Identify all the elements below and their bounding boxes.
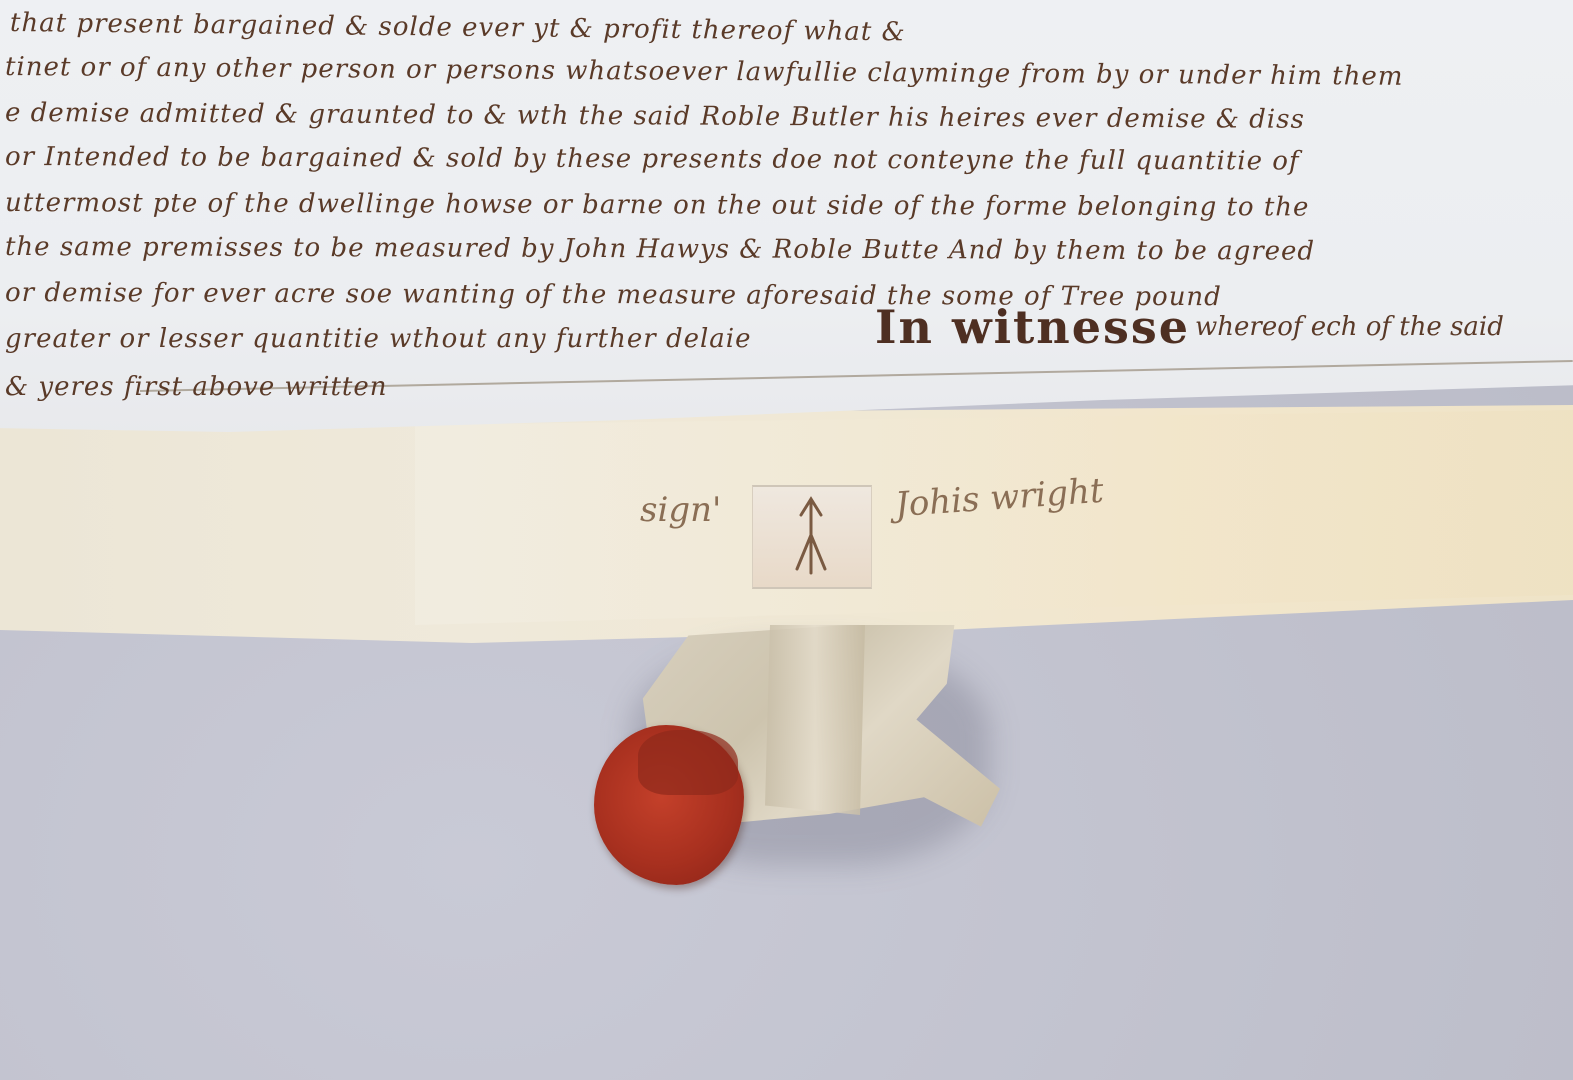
- witness-clause-continuation: whereof ech of the said: [1195, 312, 1504, 342]
- parchment-tag-fold: [765, 625, 865, 815]
- wax-seal-detail: [638, 730, 738, 795]
- deed-text: that present bargained & solde ever yt &…: [0, 0, 1573, 420]
- text-line: or Intended to be bargained & sold by th…: [5, 142, 1300, 177]
- text-line: the same premisses to be measured by Joh…: [5, 232, 1315, 267]
- text-line: tinet or of any other person or persons …: [5, 52, 1404, 92]
- witness-clause: In witnesse: [875, 300, 1190, 354]
- text-line: greater or lesser quantitie wthout any f…: [5, 324, 752, 354]
- text-line: that present bargained & solde ever yt &…: [10, 8, 906, 47]
- mark-slip: [752, 485, 872, 589]
- signature-left: sign': [640, 490, 721, 530]
- text-line: e demise admitted & graunted to & wth th…: [5, 98, 1305, 135]
- text-line: uttermost pte of the dwellinge howse or …: [5, 188, 1310, 223]
- maker-mark-icon: [787, 495, 837, 575]
- text-line: & yeres first above written: [5, 372, 388, 402]
- pendant-seal: [590, 625, 1010, 895]
